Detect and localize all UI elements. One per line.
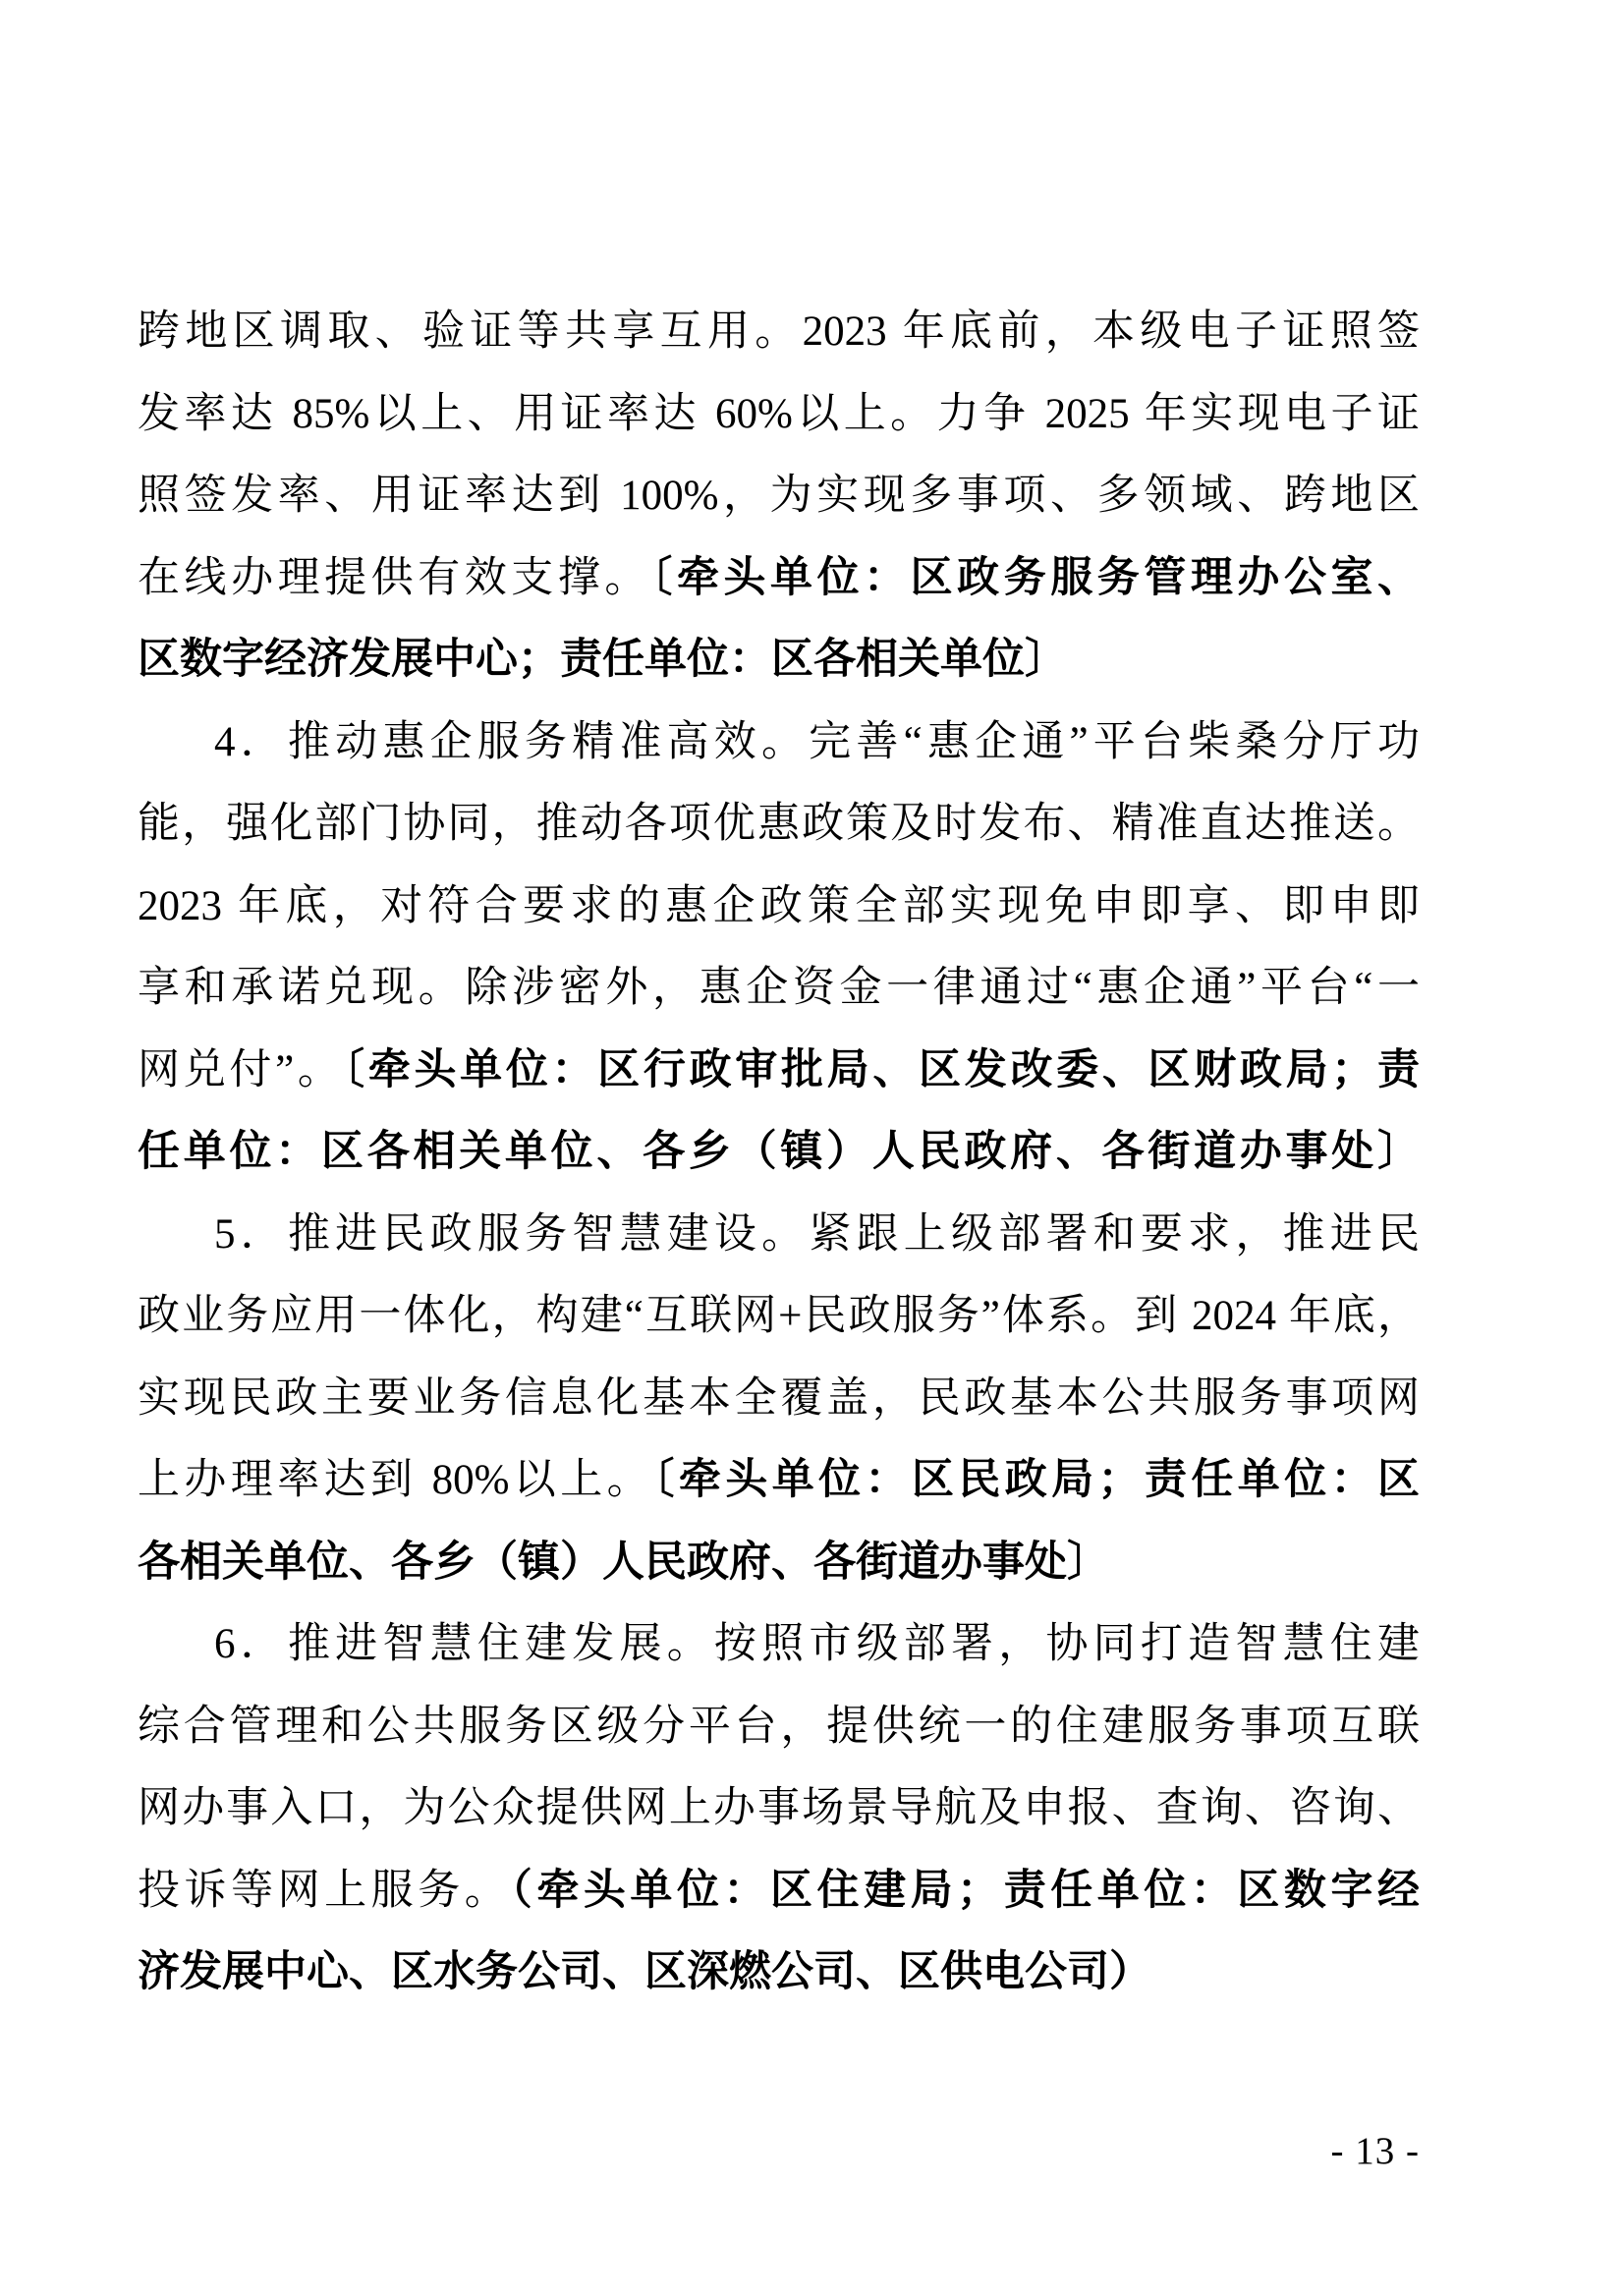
text-run: 综合管理和公共服务区级分平台，提供统一的住建服务事项互联 — [138, 1704, 1420, 1750]
text-run: 5．推进民政服务智慧建设。紧跟上级部署和要求，推进民 — [214, 1211, 1420, 1258]
text-run: 跨地区调取、验证等共享互用。2023 年底前，本级电子证照签 — [138, 308, 1420, 355]
bold-run: 〔牵头单位：区民政局；责任单位：区 — [653, 1457, 1420, 1503]
text-line: 区数字经济发展中心；责任单位：区各相关单位〕 — [138, 619, 1420, 701]
text-run: 发率达 85%以上、用证率达 60%以上。力争 2025 年实现电子证 — [138, 391, 1420, 437]
document-page: 跨地区调取、验证等共享互用。2023 年底前，本级电子证照签 发率达 85%以上… — [0, 0, 1623, 2296]
bold-run: （牵头单位：区住建局；责任单位：区数字经 — [511, 1868, 1420, 1914]
text-run: 实现民政主要业务信息化基本全覆盖，民政基本公共服务事项网 — [138, 1375, 1420, 1422]
bold-run: 区数字经济发展中心；责任单位：区各相关单位〕 — [138, 637, 1067, 683]
text-line: 各相关单位、各乡（镇）人民政府、各街道办事处〕 — [138, 1522, 1420, 1604]
text-line: 2023 年底，对符合要求的惠企政策全部实现免申即享、即申即 — [138, 866, 1420, 948]
text-line: 投诉等网上服务。（牵头单位：区住建局；责任单位：区数字经 — [138, 1850, 1420, 1932]
text-line: 综合管理和公共服务区级分平台，提供统一的住建服务事项互联 — [138, 1686, 1420, 1768]
text-line: 发率达 85%以上、用证率达 60%以上。力争 2025 年实现电子证 — [138, 373, 1420, 456]
bold-run: 〔牵头单位：区政务服务管理办公室、 — [651, 555, 1420, 601]
text-line: 跨地区调取、验证等共享互用。2023 年底前，本级电子证照签 — [138, 291, 1420, 373]
text-run: 能，强化部门协同，推动各项优惠政策及时发布、精准直达推送。 — [138, 801, 1420, 847]
text-line: 4．推动惠企服务精准高效。完善“惠企通”平台柴桑分厅功 — [138, 701, 1420, 784]
text-line: 网办事入口，为公众提供网上办事场景导航及申报、查询、咨询、 — [138, 1767, 1420, 1850]
text-line: 享和承诺兑现。除涉密外，惠企资金一律通过“惠企通”平台“一 — [138, 947, 1420, 1030]
text-run: 2023 年底，对符合要求的惠企政策全部实现免申即享、即申即 — [138, 883, 1420, 929]
text-line: 能，强化部门协同，推动各项优惠政策及时发布、精准直达推送。 — [138, 783, 1420, 866]
text-run: 投诉等网上服务。 — [138, 1868, 511, 1914]
text-line: 实现民政主要业务信息化基本全覆盖，民政基本公共服务事项网 — [138, 1358, 1420, 1440]
text-run: 4．推动惠企服务精准高效。完善“惠企通”平台柴桑分厅功 — [214, 719, 1420, 765]
text-run: 上办理率达到 80%以上。 — [138, 1457, 653, 1503]
text-line: 6．推进智慧住建发展。按照市级部署，协同打造智慧住建 — [138, 1603, 1420, 1686]
text-line: 照签发率、用证率达到 100%，为实现多事项、多领域、跨地区 — [138, 455, 1420, 537]
bold-run: 〔牵头单位：区行政审批局、区发改委、区财政局；责 — [344, 1047, 1420, 1093]
text-run: 享和承诺兑现。除涉密外，惠企资金一律通过“惠企通”平台“一 — [138, 965, 1420, 1011]
text-block: 跨地区调取、验证等共享互用。2023 年底前，本级电子证照签 发率达 85%以上… — [138, 291, 1420, 2014]
text-line: 网兑付”。〔牵头单位：区行政审批局、区发改委、区财政局；责 — [138, 1030, 1420, 1112]
bold-run: 任单位：区各相关单位、各乡（镇）人民政府、各街道办事处〕 — [138, 1129, 1420, 1175]
text-line: 上办理率达到 80%以上。〔牵头单位：区民政局；责任单位：区 — [138, 1439, 1420, 1522]
text-line: 在线办理提供有效支撑。〔牵头单位：区政务服务管理办公室、 — [138, 537, 1420, 620]
page-number: - 13 - — [0, 2122, 1420, 2181]
text-line: 政业务应用一体化，构建“互联网+民政服务”体系。到 2024 年底， — [138, 1275, 1420, 1358]
bold-run: 济发展中心、区水务公司、区深燃公司、区供电公司） — [138, 1949, 1151, 1995]
text-run: 网办事入口，为公众提供网上办事场景导航及申报、查询、咨询、 — [138, 1785, 1420, 1831]
text-run: 政业务应用一体化，构建“互联网+民政服务”体系。到 2024 年底， — [138, 1293, 1420, 1339]
text-line: 5．推进民政服务智慧建设。紧跟上级部署和要求，推进民 — [138, 1194, 1420, 1276]
text-run: 照签发率、用证率达到 100%，为实现多事项、多领域、跨地区 — [138, 473, 1420, 519]
text-line: 任单位：区各相关单位、各乡（镇）人民政府、各街道办事处〕 — [138, 1111, 1420, 1194]
text-run: 网兑付”。 — [138, 1047, 344, 1093]
text-line: 济发展中心、区水务公司、区深燃公司、区供电公司） — [138, 1932, 1420, 2014]
bold-run: 各相关单位、各乡（镇）人民政府、各街道办事处〕 — [138, 1540, 1109, 1586]
text-run: 6．推进智慧住建发展。按照市级部署，协同打造智慧住建 — [214, 1621, 1420, 1667]
text-run: 在线办理提供有效支撑。 — [138, 555, 651, 601]
